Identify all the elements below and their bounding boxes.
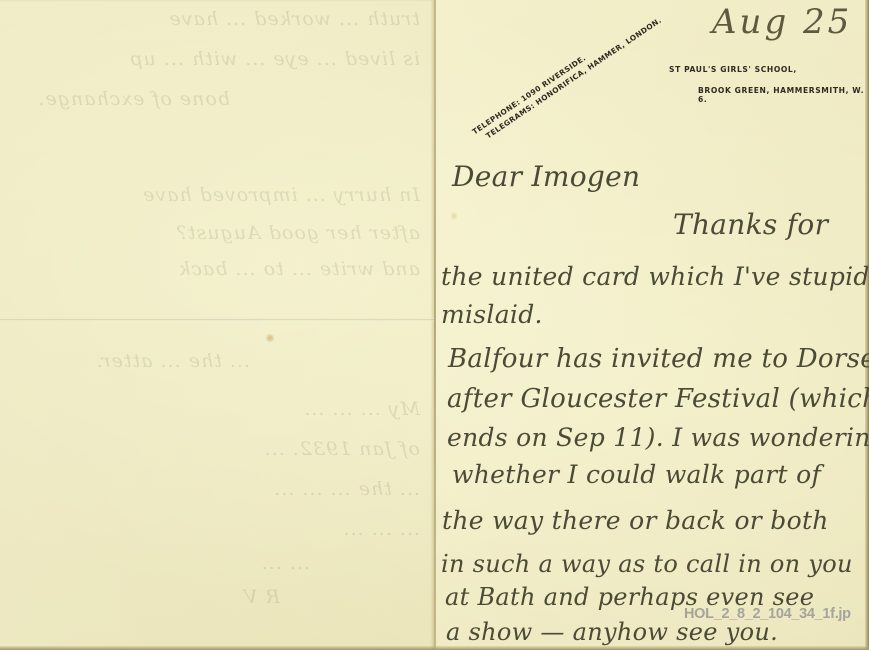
letter-salutation: Dear Imogen	[452, 160, 640, 193]
catalogue-id-watermark: HOL_2_8_2_104_34_1f.jp	[684, 606, 851, 622]
reverse-page-panel	[0, 0, 434, 650]
letter-line: mislaid.	[441, 300, 543, 329]
letterhead-school-name: ST PAUL'S GIRLS' SCHOOL,	[669, 65, 797, 74]
letter-line: a show — anyhow see you.	[446, 618, 778, 646]
letter-line: the united card which I've stupidly	[441, 262, 869, 291]
letter-date: Aug 25	[712, 2, 852, 42]
letter-line: in such a way as to call in on you	[441, 550, 853, 578]
center-fold	[434, 0, 436, 650]
letter-line: Balfour has invited me to Dorset	[448, 344, 869, 374]
paper-edge-bottom	[0, 646, 869, 650]
foxing-spot	[266, 334, 274, 342]
letter-line: whether I could walk part of	[452, 460, 821, 489]
foxing-spot	[451, 212, 457, 220]
letter-line: after Gloucester Festival (which	[447, 384, 869, 414]
horizontal-crease	[0, 318, 434, 321]
letterhead-address: BROOK GREEN, HAMMERSMITH, W. 6.	[698, 86, 869, 104]
letter-line: ends on Sep 11). I was wondering	[447, 423, 869, 452]
letter-line: Thanks for	[673, 208, 828, 241]
letter-line: the way there or back or both	[442, 506, 829, 535]
